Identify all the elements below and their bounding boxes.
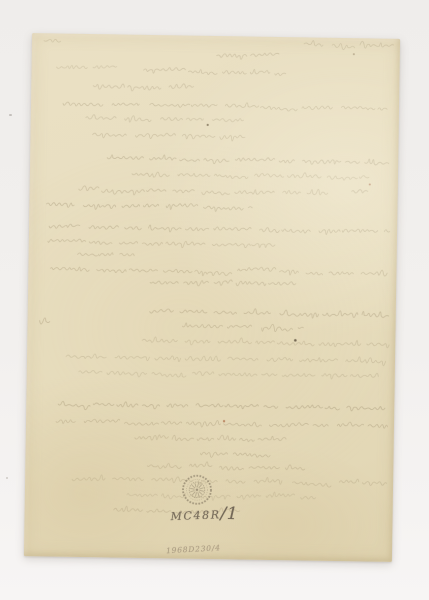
paper-speck: [353, 53, 355, 55]
paper-speck: [207, 124, 209, 126]
background-dust-speck: [6, 477, 8, 479]
archive-stamp-icon: [183, 476, 211, 504]
shelfmark-suffix: /1: [220, 504, 238, 525]
background-dust-speck: [9, 114, 12, 116]
shelfmark-text: MC48R: [170, 508, 220, 523]
shelfmark-annotation: MC48R/1: [170, 503, 238, 525]
photo-background: MC48R/1 1968D230/4: [0, 0, 429, 600]
paper-speck: [369, 183, 371, 185]
handwriting-layer: [24, 33, 400, 562]
paper-speck: [294, 339, 297, 342]
paper-speck: [223, 420, 225, 422]
paper-sheet: MC48R/1 1968D230/4: [24, 33, 400, 562]
